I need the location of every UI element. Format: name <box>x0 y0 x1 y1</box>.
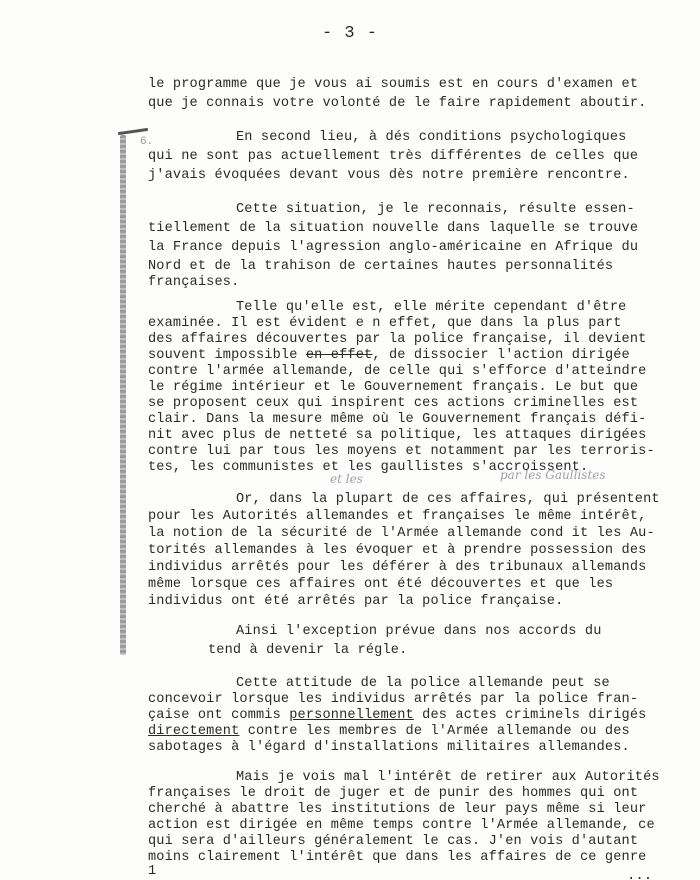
text-line: que je connais votre volonté de le faire… <box>148 96 646 111</box>
text-segment: souvent impossible <box>148 348 306 363</box>
text-line: Cette attitude de la police allemande pe… <box>236 676 610 691</box>
text-line: Or, dans la plupart de ces affaires, qui… <box>236 492 660 507</box>
margin-bracket-top <box>118 128 148 135</box>
handwritten-note: par les Gaullistes <box>500 468 606 482</box>
text-line: clair. Dans la mesure même où le Gouvern… <box>148 412 646 427</box>
text-line: souvent impossible en effet, de dissocie… <box>148 348 630 363</box>
text-line: 1 <box>148 864 156 879</box>
handwritten-note: et les <box>330 472 363 486</box>
margin-bracket <box>120 135 126 655</box>
margin-mark: 6. <box>140 136 153 148</box>
text-segment: contre les membres de l'Armée allemande … <box>239 724 629 739</box>
text-line: j'avais évoquées devant vous dès notre p… <box>148 168 630 183</box>
text-line: action est dirigée en même temps contre … <box>148 818 655 833</box>
text-line: çaise ont commis personnellement des act… <box>148 708 646 723</box>
underlined-text: directement <box>148 724 239 739</box>
text-line: même lorsque ces affaires ont été découv… <box>148 577 613 592</box>
page-number: - 3 - <box>0 24 700 43</box>
text-line: sabotages à l'égard d'installations mili… <box>148 740 630 755</box>
struck-text: en effet <box>306 348 372 363</box>
text-line: Ainsi l'exception prévue dans nos accord… <box>236 624 602 639</box>
text-line: le programme que je vous ai soumis est e… <box>148 77 638 92</box>
text-line: contre lui par tous les moyens et notamm… <box>148 444 655 459</box>
underlined-text: personnellement <box>289 708 414 723</box>
text-line: des affaires découvertes par la police f… <box>148 332 646 347</box>
text-line: Nord et de la trahison de certaines haut… <box>148 259 613 274</box>
text-line: se proposent ceux qui inspirent ces acti… <box>148 396 638 411</box>
text-line: qui ne sont pas actuellement très différ… <box>148 149 638 164</box>
text-line: moins clairement l'intérêt que dans les … <box>148 850 646 865</box>
text-line: concevoir lorsque les individus arrêtés … <box>148 692 638 707</box>
text-line: françaises le droit de juger et de punir… <box>148 786 638 801</box>
text-line: individus arrêtés pour les déférer à des… <box>148 560 646 575</box>
text-line: cherché à abattre les institutions de le… <box>148 802 646 817</box>
text-line: Cette situation, je le reconnais, résult… <box>236 202 635 217</box>
text-line: françaises. <box>148 275 239 290</box>
text-line: Telle qu'elle est, elle mérite cependant… <box>236 300 626 315</box>
continuation-mark: ... <box>627 868 652 880</box>
text-line: tiellement de la situation nouvelle dans… <box>148 221 638 236</box>
text-line: examinée. Il est évident e n effet, que … <box>148 316 622 331</box>
text-line: torités allemandes à les évoquer et à pr… <box>148 543 646 558</box>
text-line: qui sera d'ailleurs généralement le cas.… <box>148 834 638 849</box>
text-line: la notion de la sécurité de l'Armée alle… <box>148 526 655 541</box>
text-segment: des actes criminels dirigés <box>414 708 647 723</box>
text-line: contre l'armée allemande, de celle qui s… <box>148 364 646 379</box>
text-segment: çaise ont commis <box>148 708 289 723</box>
text-segment: , de dissocier l'action dirigée <box>372 348 630 363</box>
text-line: nit avec plus de netteté sa politique, l… <box>148 428 646 443</box>
text-line: tend à devenir la régle. <box>208 643 407 658</box>
text-line: directement contre les membres de l'Armé… <box>148 724 630 739</box>
text-line: le régime intérieur et le Gouvernement f… <box>148 380 638 395</box>
text-line: pour les Autorités allemandes et françai… <box>148 509 646 524</box>
text-line: En second lieu, à dés conditions psychol… <box>236 130 626 145</box>
text-line: la France depuis l'agression anglo-améri… <box>148 240 638 255</box>
text-line: Mais je vois mal l'intérêt de retirer au… <box>236 770 660 785</box>
text-line: individus ont été arrêtés par la police … <box>148 594 563 609</box>
